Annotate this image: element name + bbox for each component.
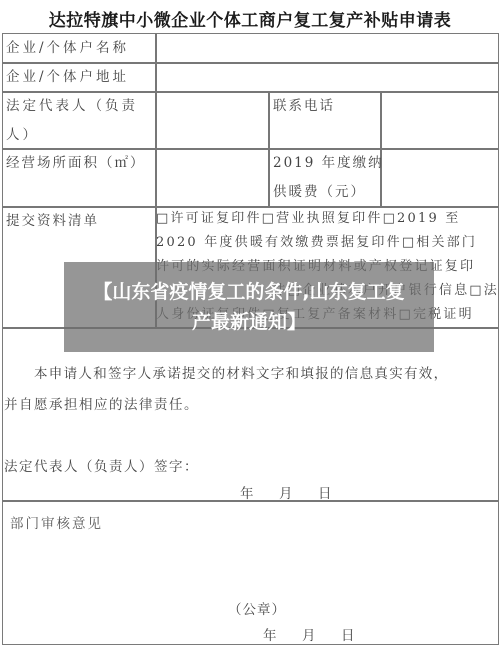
legal-rep-label-line1: 法定代表人（负责 bbox=[6, 92, 138, 121]
signature-field[interactable] bbox=[210, 450, 490, 472]
materials-line[interactable]: 2020 年度供暖有效缴费票据复印件□相关部门 bbox=[156, 231, 499, 255]
seal-label: （公章） bbox=[228, 598, 286, 618]
headline-line2: 产最新通知】 bbox=[192, 307, 306, 337]
company-name-label: 企业/个体户名称 bbox=[2, 34, 129, 63]
commitment-date: 年 月 日 bbox=[240, 482, 338, 502]
phone-field[interactable] bbox=[382, 92, 498, 147]
signature-label: 法定代表人（负责人）签字： bbox=[4, 455, 199, 475]
headline-overlay-banner[interactable]: 【山东省疫情复工的条件,山东复工复 产最新通知】 bbox=[64, 262, 434, 352]
heating-fee-label-line2: 供暖费（元） bbox=[273, 178, 384, 207]
area-field[interactable] bbox=[157, 149, 267, 205]
materials-label: 提交资料清单 bbox=[2, 207, 99, 236]
company-address-label: 企业/个体户地址 bbox=[2, 63, 129, 92]
legal-rep-field[interactable] bbox=[157, 92, 267, 147]
commitment-line1: 本申请人和签字人承诺提交的材料文字和填报的信息真实有效， bbox=[34, 362, 448, 382]
commitment-line2: 并自愿承担相应的法律责任。 bbox=[4, 393, 199, 413]
heating-fee-label-line1: 2019 年度缴纳 bbox=[273, 149, 384, 178]
heating-fee-label: 2019 年度缴纳 供暖费（元） bbox=[269, 149, 384, 207]
materials-line[interactable]: □许可证复印件□营业执照复印件□2019 至 bbox=[156, 207, 499, 231]
review-label: 部门审核意见 bbox=[10, 512, 103, 532]
phone-label: 联系电话 bbox=[269, 92, 335, 121]
heating-fee-field[interactable] bbox=[382, 149, 498, 205]
legal-rep-label: 法定代表人（负责 人） bbox=[2, 92, 138, 150]
company-address-field[interactable] bbox=[157, 63, 498, 90]
legal-rep-label-line2: 人） bbox=[6, 121, 138, 150]
headline-line1: 【山东省疫情复工的条件,山东复工复 bbox=[93, 277, 404, 307]
company-name-field[interactable] bbox=[157, 34, 498, 61]
review-date: 年 月 日 bbox=[263, 624, 361, 644]
area-label: 经营场所面积（㎡） bbox=[2, 149, 146, 178]
review-opinion-field[interactable] bbox=[4, 534, 496, 594]
form-title: 达拉特旗中小微企业个体工商户复工复产补贴申请表 bbox=[0, 6, 500, 31]
